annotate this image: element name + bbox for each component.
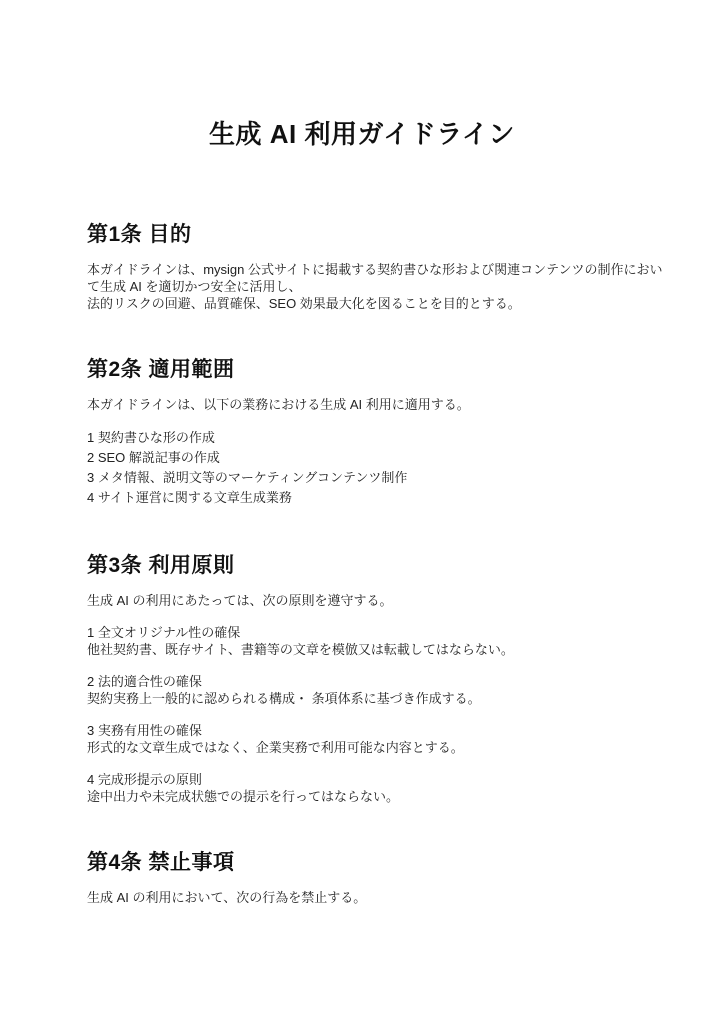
- principle-body: 途中出力や未完成状態での提示を行ってはならない。: [87, 788, 637, 805]
- section-article-4-heading: 第4条 禁止事項: [87, 850, 637, 876]
- document-page: 生成 AI 利用ガイドライン 第1条 目的 本ガイドラインは、mysign 公式…: [0, 0, 724, 1024]
- principle-title: 2 法的適合性の確保: [87, 673, 637, 690]
- section-article-1-heading: 第1条 目的: [87, 222, 637, 248]
- section-article-1-paragraph: 本ガイドラインは、mysign 公式サイトに掲載する契約書ひな形および関連コンテ…: [87, 261, 637, 312]
- section-article-2: 第2条 適用範囲 本ガイドラインは、以下の業務における生成 AI 利用に適用する…: [87, 357, 637, 508]
- section-article-3-principle-4: 4 完成形提示の原則 途中出力や未完成状態での提示を行ってはならない。: [87, 771, 637, 805]
- section-article-3-principle-3: 3 実務有用性の確保 形式的な文章生成ではなく、企業実務で利用可能な内容とする。: [87, 722, 637, 756]
- list-item: 3 メタ情報、説明文等のマーケティングコンテンツ制作: [87, 468, 637, 488]
- section-article-2-paragraph: 本ガイドラインは、以下の業務における生成 AI 利用に適用する。: [87, 396, 637, 413]
- section-article-3-principle-1: 1 全文オリジナル性の確保 他社契約書、既存サイト、書籍等の文章を模倣又は転載し…: [87, 624, 637, 658]
- section-article-1: 第1条 目的 本ガイドラインは、mysign 公式サイトに掲載する契約書ひな形お…: [87, 222, 637, 312]
- text-line: 本ガイドラインは、以下の業務における生成 AI 利用に適用する。: [87, 396, 637, 413]
- section-article-3-paragraph: 生成 AI の利用にあたっては、次の原則を遵守する。: [87, 592, 637, 609]
- principle-body: 形式的な文章生成ではなく、企業実務で利用可能な内容とする。: [87, 739, 637, 756]
- list-item: 2 SEO 解説記事の作成: [87, 448, 637, 468]
- section-article-3-principle-2: 2 法的適合性の確保 契約実務上一般的に認められる構成・ 条項体系に基づき作成す…: [87, 673, 637, 707]
- section-article-4-paragraph: 生成 AI の利用において、次の行為を禁止する。: [87, 889, 637, 906]
- section-article-4: 第4条 禁止事項 生成 AI の利用において、次の行為を禁止する。: [87, 850, 637, 906]
- section-article-3: 第3条 利用原則 生成 AI の利用にあたっては、次の原則を遵守する。 1 全文…: [87, 553, 637, 805]
- text-line: 生成 AI の利用において、次の行為を禁止する。: [87, 889, 637, 906]
- list-item: 1 契約書ひな形の作成: [87, 428, 637, 448]
- principle-body: 契約実務上一般的に認められる構成・ 条項体系に基づき作成する。: [87, 690, 637, 707]
- text-line: て生成 AI を適切かつ安全に活用し、: [87, 278, 637, 295]
- principle-title: 1 全文オリジナル性の確保: [87, 624, 637, 641]
- principle-body: 他社契約書、既存サイト、書籍等の文章を模倣又は転載してはならない。: [87, 641, 637, 658]
- list-item: 4 サイト運営に関する文章生成業務: [87, 488, 637, 508]
- text-line: 法的リスクの回避、品質確保、SEO 効果最大化を図ることを目的とする。: [87, 295, 637, 312]
- principle-title: 4 完成形提示の原則: [87, 771, 637, 788]
- document-title: 生成 AI 利用ガイドライン: [87, 0, 637, 152]
- principle-title: 3 実務有用性の確保: [87, 722, 637, 739]
- section-article-2-numbered-list: 1 契約書ひな形の作成 2 SEO 解説記事の作成 3 メタ情報、説明文等のマー…: [87, 428, 637, 508]
- text-line: 本ガイドラインは、mysign 公式サイトに掲載する契約書ひな形および関連コンテ…: [87, 261, 637, 278]
- section-article-2-heading: 第2条 適用範囲: [87, 357, 637, 383]
- text-line: 生成 AI の利用にあたっては、次の原則を遵守する。: [87, 592, 637, 609]
- section-article-3-heading: 第3条 利用原則: [87, 553, 637, 579]
